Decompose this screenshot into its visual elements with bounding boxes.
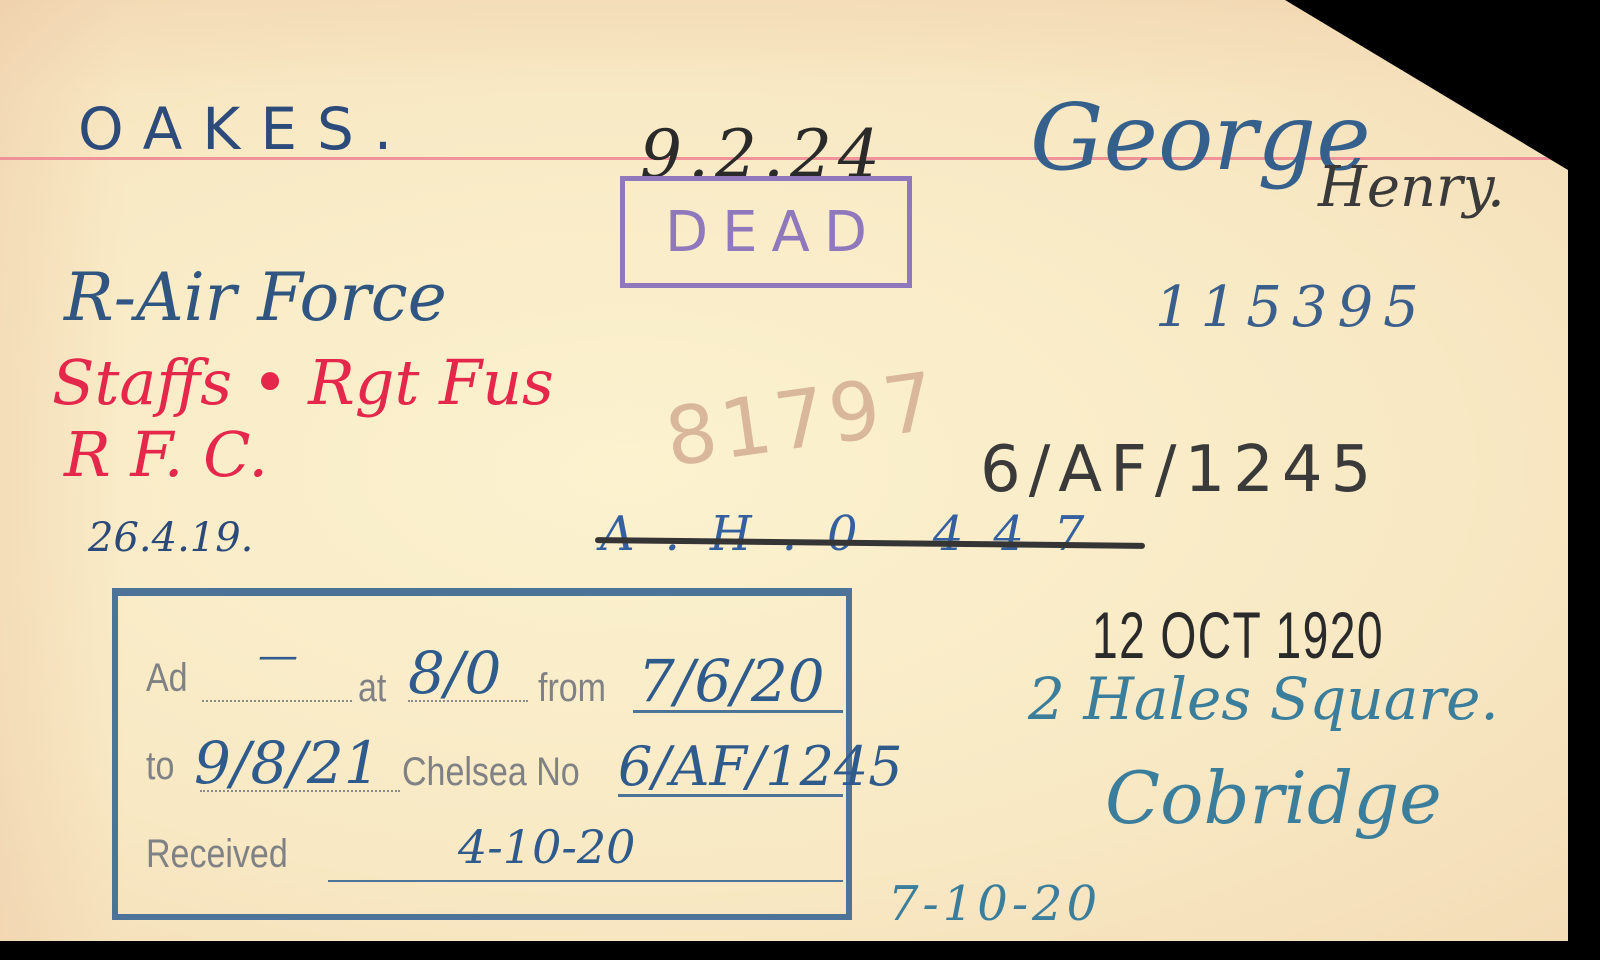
service-number: 115395 [1155,280,1429,336]
struck-reference: A.H.0 447 [600,510,1114,558]
label-at: at [358,668,386,708]
index-card: OAKES. 9.2.24 George Henry. DEAD R-Air F… [0,0,1568,941]
value-at: 8/0 [408,644,501,702]
surname: OAKES. [78,100,412,158]
unit-line-3: R F. C. [64,424,268,486]
unit-line-1: R-Air Force [64,265,447,331]
label-to: to [146,746,174,786]
dotline-ad [202,700,352,702]
award-form-stamp: Ad — at 8/0 from 7/6/20 to 9/8/21 Chelse… [112,588,852,920]
enlistment-date: 26.4.19. [88,518,253,558]
value-ad: — [258,636,298,676]
address-line-1: 2 Hales Square. [1028,670,1499,728]
value-received: 4-10-20 [458,824,635,870]
bottom-date: 7-10-20 [888,880,1101,928]
label-received: Received [146,834,288,874]
label-ad: Ad [146,658,188,698]
address-line-2: Cobridge [1105,762,1442,834]
unit-line-2: Staffs • Rgt Fus [52,352,554,414]
date-stamp: 12 OCT 1920 [1092,602,1384,668]
value-from: 7/6/20 [638,652,825,710]
dead-stamp: DEAD [620,176,912,288]
pension-reference: 6/AF/1245 [980,438,1379,502]
value-to: 9/8/21 [194,734,381,792]
pencil-number: 81797 [661,361,944,478]
line-received [328,880,843,882]
value-chelsea-no: 6/AF/1245 [618,740,903,794]
label-from: from [538,668,606,708]
forename-second: Henry. [1318,160,1505,216]
dead-stamp-text: DEAD [651,200,881,265]
label-chelsea-no: Chelsea No [402,752,580,792]
